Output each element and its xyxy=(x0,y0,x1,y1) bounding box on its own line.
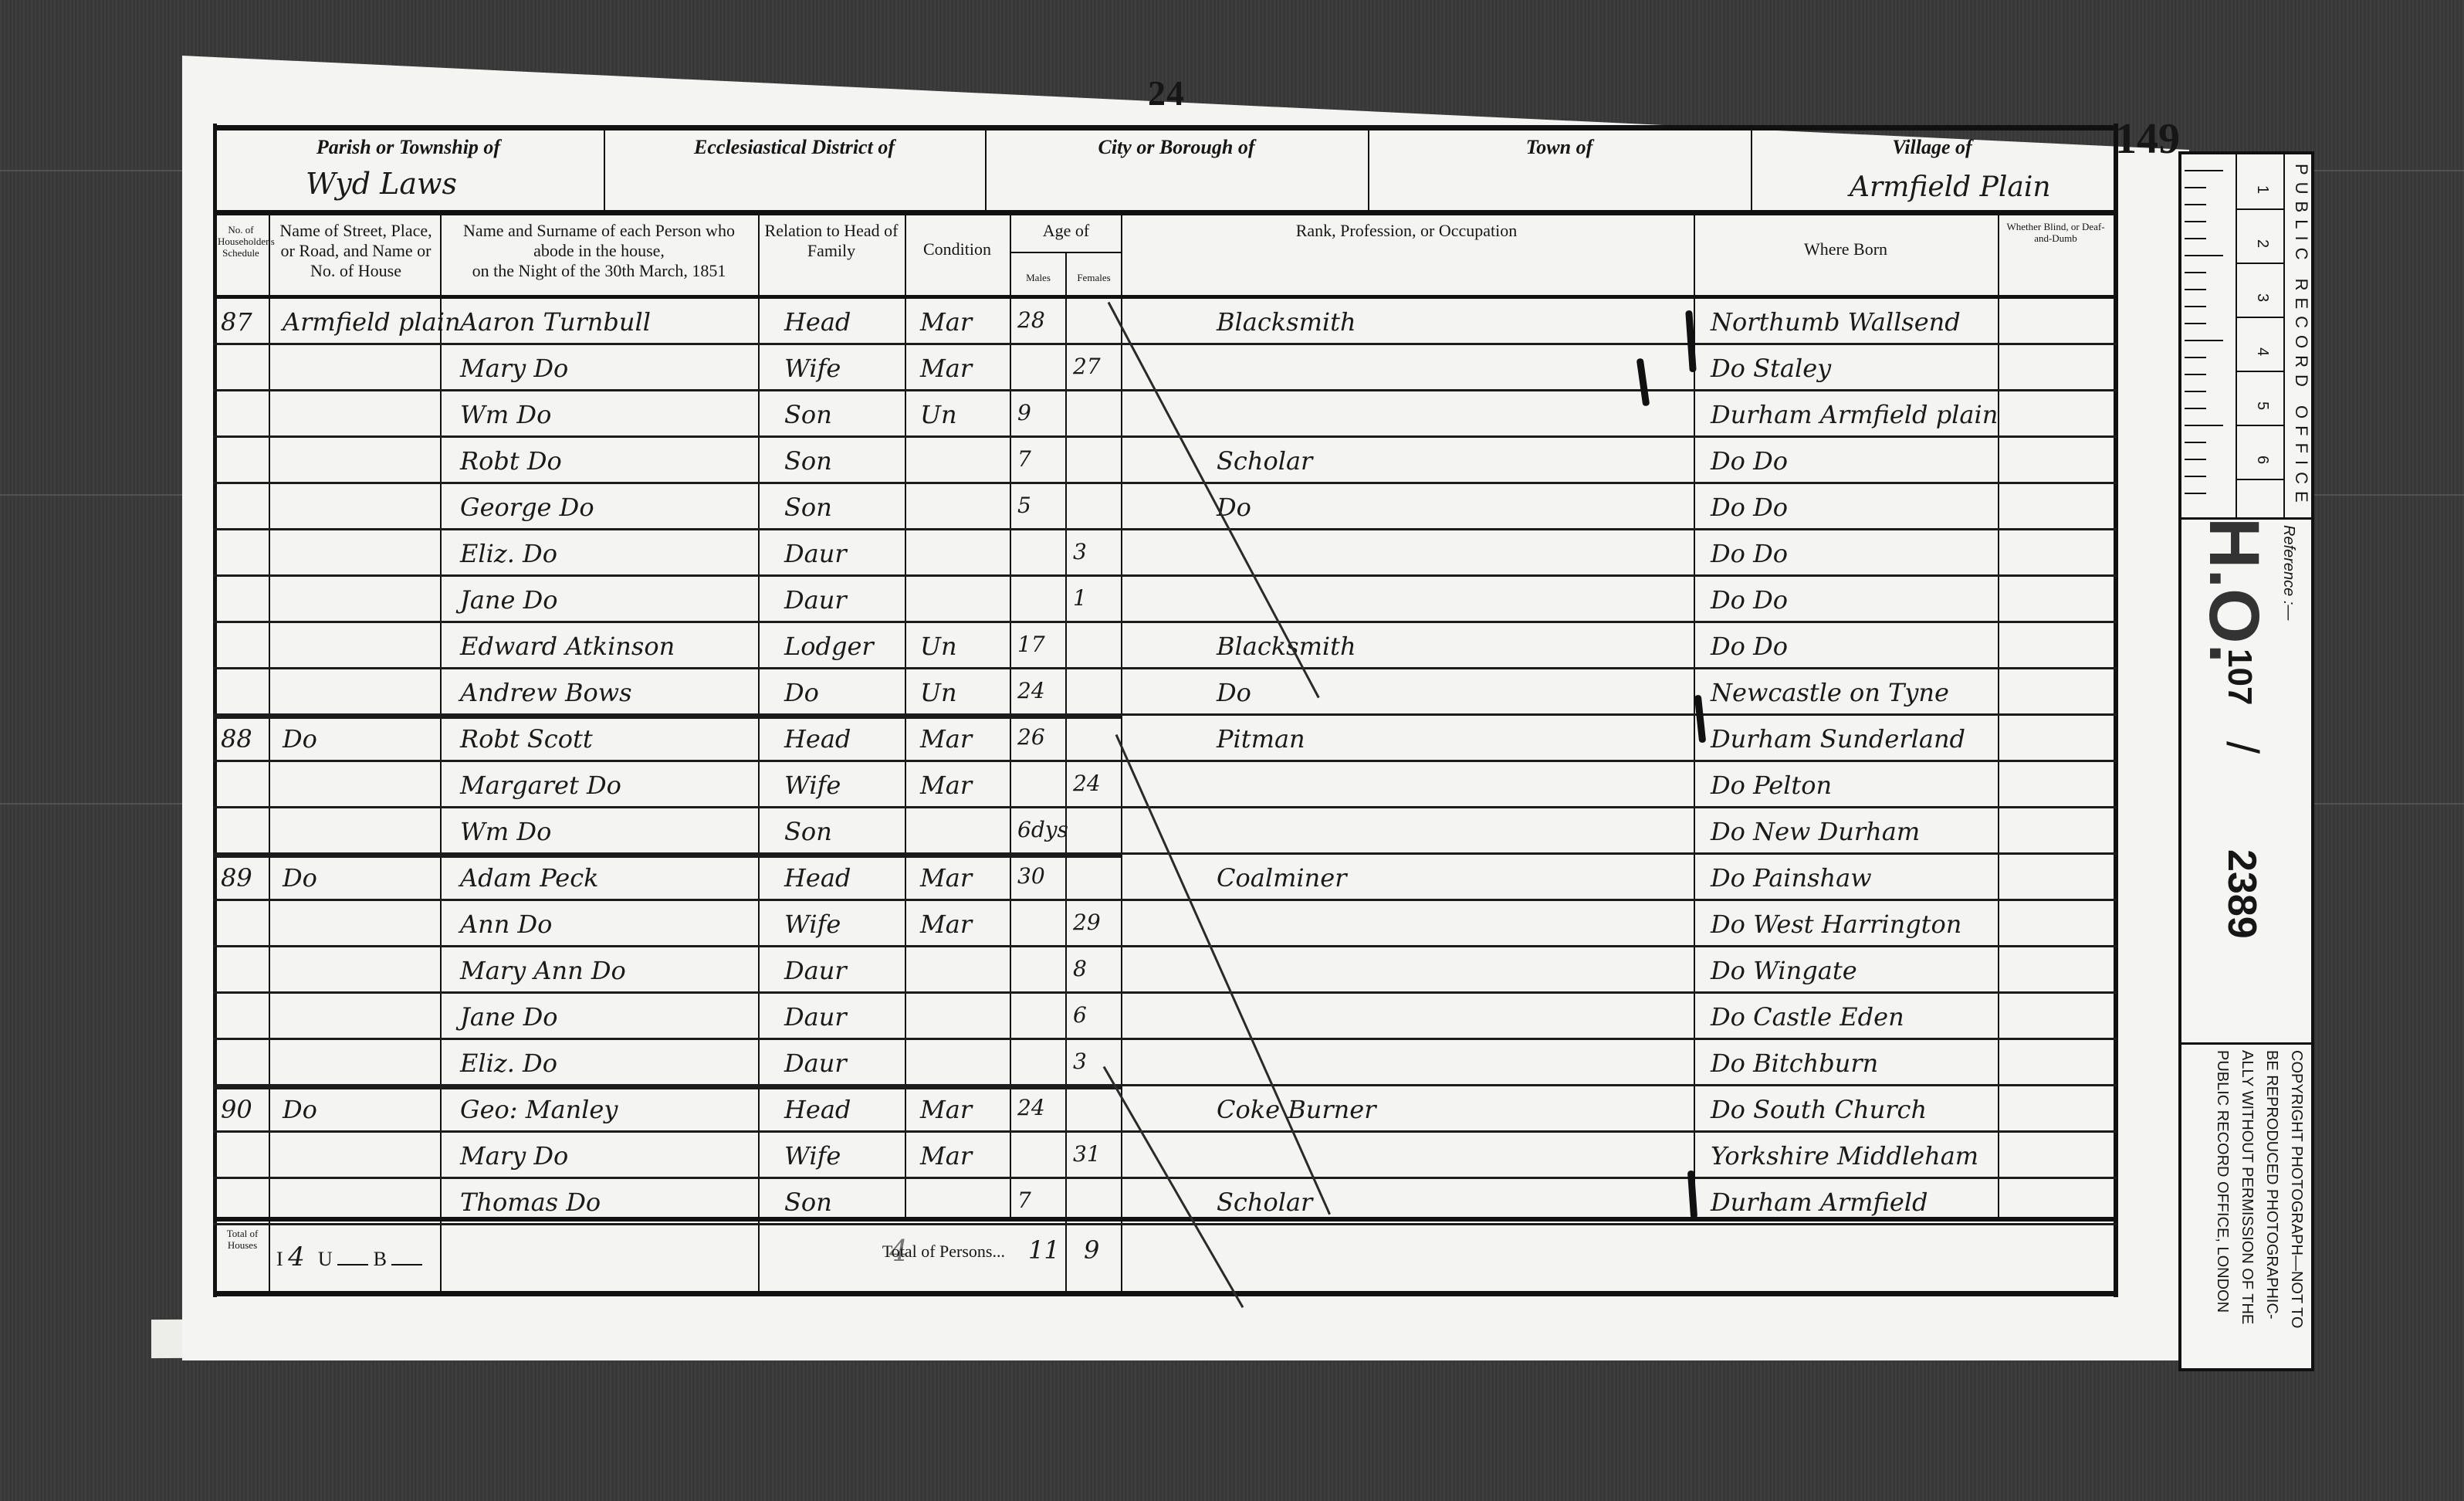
person-name: Eliz. Do xyxy=(460,1049,557,1078)
person-name: Adam Peck xyxy=(460,863,599,893)
relation: Head xyxy=(784,1095,851,1124)
female-age: 29 xyxy=(1073,910,1101,935)
relation: Son xyxy=(784,446,832,476)
table-row: 87Armfield plainAaron TurnbullHeadMar28B… xyxy=(213,301,2117,347)
male-age: 30 xyxy=(1017,863,1045,889)
copyright-line-3: ALLY WITHOUT PERMISSION OF THE xyxy=(2238,1050,2256,1324)
occupation: Scholar xyxy=(1217,1188,1312,1217)
male-age: 6dys xyxy=(1017,817,1068,842)
relation: Daur xyxy=(784,956,847,985)
reference-series: H.O. xyxy=(2193,517,2274,663)
table-row: Jane DoDaur6Do Castle Eden xyxy=(213,996,2117,1042)
page-number: 24 xyxy=(1148,73,1185,114)
table-row: Mary Ann DoDaur8Do Wingate xyxy=(213,950,2117,996)
ruler-tick xyxy=(2185,221,2206,222)
relation: Daur xyxy=(784,539,847,568)
person-name: Wm Do xyxy=(460,400,551,429)
relation: Son xyxy=(784,493,832,522)
ecclesiastical-label: Ecclesiastical District of xyxy=(604,136,985,159)
uninhabited-prefix: U xyxy=(318,1248,333,1270)
cm-scale: 123456 xyxy=(2236,154,2285,517)
birthplace: Do Staley xyxy=(1711,354,1831,383)
cm-label: 4 xyxy=(2253,347,2271,356)
condition: Mar xyxy=(920,1095,972,1124)
person-name: Mary Ann Do xyxy=(460,956,626,985)
table-row: George DoSon5DoDo Do xyxy=(213,486,2117,533)
age-subdivider xyxy=(1011,252,1121,253)
person-name: Jane Do xyxy=(460,585,558,615)
household-divider xyxy=(213,715,1121,719)
table-row: Wm DoSonUn9Durham Armfield plain xyxy=(213,394,2117,440)
schedule-number: 90 xyxy=(221,1095,252,1124)
relation: Wife xyxy=(784,354,841,383)
row-rule xyxy=(213,1130,2117,1133)
reference-slash: / xyxy=(2216,741,2268,754)
table-row: Eliz. DoDaur3Do Bitchburn xyxy=(213,1042,2117,1089)
female-age: 24 xyxy=(1073,771,1101,796)
birthplace: Do Do xyxy=(1711,539,1788,568)
parish-label: Parish or Township of xyxy=(213,136,604,159)
cm-label: 3 xyxy=(2253,293,2271,302)
table-row: 88DoRobt ScottHeadMar26PitmanDurham Sund… xyxy=(213,718,2117,764)
persons-total-label: Total of Persons... xyxy=(869,1242,1005,1262)
row-rule xyxy=(213,621,2117,623)
table-row: Robt DoSon7ScholarDo Do xyxy=(213,440,2117,486)
condition: Mar xyxy=(920,307,972,337)
birthplace: Do South Church xyxy=(1711,1095,1927,1124)
relation: Wife xyxy=(784,1141,841,1171)
male-age: 24 xyxy=(1017,1095,1045,1120)
male-age: 7 xyxy=(1017,1188,1031,1213)
relation: Daur xyxy=(784,1002,847,1032)
col-schedule: No. of Householder's Schedule xyxy=(218,224,264,259)
birthplace: Durham Armfield plain xyxy=(1711,400,1998,429)
ruler-tick xyxy=(2185,238,2206,239)
ruler-tick xyxy=(2185,187,2206,188)
row-rule xyxy=(213,899,2117,901)
household-divider xyxy=(213,854,1121,858)
occupation: Scholar xyxy=(1217,446,1312,476)
schedule-number: 89 xyxy=(221,863,252,893)
female-age: 8 xyxy=(1073,956,1087,981)
table-row: Edward AtkinsonLodgerUn17BlacksmithDo Do xyxy=(213,625,2117,672)
condition: Un xyxy=(920,632,957,661)
person-name: Andrew Bows xyxy=(460,678,632,707)
male-age: 24 xyxy=(1017,678,1045,703)
col-blind: Whether Blind, or Deaf-and-Dumb xyxy=(1999,221,2112,244)
ruler-tick xyxy=(2185,493,2206,494)
col-street: Name of Street, Place, or Road, and Name… xyxy=(273,221,438,281)
inhabited-count: 4 xyxy=(288,1242,305,1272)
birthplace: Do Bitchburn xyxy=(1711,1049,1878,1078)
table-row: 90DoGeo: ManleyHeadMar24Coke BurnerDo So… xyxy=(213,1089,2117,1135)
cm-division xyxy=(2237,263,2283,264)
table-row: Mary DoWifeMar27Do Staley xyxy=(213,347,2117,394)
cm-label: 1 xyxy=(2253,185,2271,194)
occupation: Coalminer xyxy=(1217,863,1346,893)
birthplace: Do New Durham xyxy=(1711,817,1920,846)
street-name: Do xyxy=(283,863,317,893)
relation: Head xyxy=(784,863,851,893)
ruler-tick xyxy=(2185,425,2223,426)
row-rule xyxy=(213,528,2117,530)
birthplace: Newcastle on Tyne xyxy=(1711,678,1949,707)
female-age: 31 xyxy=(1073,1141,1101,1167)
cm-division xyxy=(2237,317,2283,318)
relation: Daur xyxy=(784,1049,847,1078)
row-rule xyxy=(213,760,2117,762)
relation: Son xyxy=(784,1188,832,1217)
ruler-tick xyxy=(2185,272,2206,273)
row-rule xyxy=(213,389,2117,391)
row-rule xyxy=(213,482,2117,484)
condition: Mar xyxy=(920,910,972,939)
condition: Mar xyxy=(920,1141,972,1171)
birthplace: Do Pelton xyxy=(1711,771,1832,800)
cm-division xyxy=(2237,208,2283,210)
ruler-tick xyxy=(2185,357,2206,358)
person-name: Robt Do xyxy=(460,446,562,476)
female-age: 6 xyxy=(1073,1002,1087,1028)
record-office-strip: 123456 PUBLIC RECORD OFFICE Reference :—… xyxy=(2178,151,2314,1371)
cm-label: 6 xyxy=(2253,456,2271,464)
birthplace: Yorkshire Middleham xyxy=(1711,1141,1978,1171)
male-age: 26 xyxy=(1017,724,1045,750)
relation: Wife xyxy=(784,771,841,800)
copyright-line-2: BE REPRODUCED PHOTOGRAPHIC- xyxy=(2263,1050,2280,1320)
person-name: Geo: Manley xyxy=(460,1095,618,1124)
ruler-tick xyxy=(2185,340,2223,341)
cm-label: 2 xyxy=(2253,239,2271,248)
person-name: Wm Do xyxy=(460,817,551,846)
copyright-line-4: PUBLIC RECORD OFFICE, LONDON xyxy=(2213,1050,2231,1313)
ruler-tick xyxy=(2185,459,2206,460)
person-name: Margaret Do xyxy=(460,771,621,800)
person-name: Edward Atkinson xyxy=(460,632,675,661)
street-name: Armfield plain xyxy=(283,307,461,337)
condition: Mar xyxy=(920,724,972,754)
person-name: Eliz. Do xyxy=(460,539,557,568)
person-name: Thomas Do xyxy=(460,1188,601,1217)
folio-number: 149 xyxy=(2115,114,2180,164)
condition: Mar xyxy=(920,354,972,383)
table-row: Margaret DoWifeMar24Do Pelton xyxy=(213,764,2117,811)
table-row: Ann DoWifeMar29Do West Harrington xyxy=(213,903,2117,950)
header-divider xyxy=(213,210,2117,215)
ruler-ticks xyxy=(2185,170,2226,510)
ruler-tick xyxy=(2185,306,2206,307)
houses-total-label: Total of Houses xyxy=(216,1228,269,1251)
ruler-tick xyxy=(2185,170,2223,171)
table-row: 89DoAdam PeckHeadMar30CoalminerDo Painsh… xyxy=(213,857,2117,903)
table-row: Eliz. DoDaur3Do Do xyxy=(213,533,2117,579)
building-prefix: B xyxy=(374,1248,387,1270)
birthplace: Do Do xyxy=(1711,585,1788,615)
occupation: Blacksmith xyxy=(1217,307,1356,337)
census-table: Parish or Township of Wyd Laws Ecclesias… xyxy=(213,124,2117,1297)
relation: Son xyxy=(784,817,832,846)
ruler-tick xyxy=(2185,255,2223,256)
ruler-tick xyxy=(2185,476,2206,477)
reference-label: Reference :— xyxy=(2280,525,2297,620)
birthplace: Northumb Wallsend xyxy=(1711,307,1961,337)
birthplace: Do West Harrington xyxy=(1711,910,1961,939)
person-name: Mary Do xyxy=(460,354,568,383)
office-label: PUBLIC RECORD OFFICE xyxy=(2291,164,2311,510)
cm-division xyxy=(2237,425,2283,426)
male-age: 17 xyxy=(1017,632,1045,657)
copyright-notice: COPYRIGHT PHOTOGRAPH—NOT TO BE REPRODUCE… xyxy=(2181,1042,2311,1370)
ruler-tick xyxy=(2185,204,2206,205)
person-name: George Do xyxy=(460,493,594,522)
row-rule xyxy=(213,1177,2117,1179)
row-rule xyxy=(213,1038,2117,1040)
person-name: Aaron Turnbull xyxy=(460,307,651,337)
header-bottom-rule xyxy=(213,295,2117,299)
birthplace: Do Castle Eden xyxy=(1711,1002,1904,1032)
relation: Head xyxy=(784,307,851,337)
totals-rule xyxy=(213,1217,2117,1221)
schedule-number: 88 xyxy=(221,724,252,754)
birthplace: Durham Armfield xyxy=(1711,1188,1928,1217)
female-age: 27 xyxy=(1073,354,1101,379)
male-age: 28 xyxy=(1017,307,1045,333)
city-label: City or Borough of xyxy=(985,136,1368,159)
female-age: 3 xyxy=(1073,539,1087,564)
houses-total: I 4 U B xyxy=(276,1242,422,1272)
ruler-tick xyxy=(2185,289,2206,290)
person-name: Jane Do xyxy=(460,1002,558,1032)
table-row: Andrew BowsDoUn24DoNewcastle on Tyne xyxy=(213,672,2117,718)
top-border xyxy=(213,125,2117,130)
reference-box: Reference :— H.O. 107 / 2389 xyxy=(2181,517,2311,1045)
birthplace: Do Wingate xyxy=(1711,956,1857,985)
condition: Mar xyxy=(920,863,972,893)
col-condition: Condition xyxy=(906,239,1008,259)
col-relation: Relation to Head of Family xyxy=(760,221,903,261)
condition: Un xyxy=(920,678,957,707)
ruler-tick xyxy=(2185,442,2206,443)
town-label: Town of xyxy=(1368,136,1751,159)
birthplace: Durham Sunderland xyxy=(1711,724,1965,754)
col-name: Name and Surname of each Person who abod… xyxy=(442,221,756,281)
relation: Wife xyxy=(784,910,841,939)
bottom-border xyxy=(213,1291,2117,1296)
col-occupation: Rank, Profession, or Occupation xyxy=(1121,221,1692,241)
household-divider xyxy=(213,1086,1121,1089)
col-females: Females xyxy=(1067,272,1121,283)
birthplace: Do Painshaw xyxy=(1711,863,1872,893)
female-age: 3 xyxy=(1073,1049,1087,1074)
relation: Daur xyxy=(784,585,847,615)
street-name: Do xyxy=(283,1095,317,1124)
male-age: 7 xyxy=(1017,446,1031,472)
reference-folio: 2389 xyxy=(2219,849,2265,939)
birthplace: Do Do xyxy=(1711,446,1788,476)
female-age: 1 xyxy=(1073,585,1087,611)
ruler-tick xyxy=(2185,408,2206,409)
village-value: Armfield Plain xyxy=(1850,171,2051,203)
birthplace: Do Do xyxy=(1711,632,1788,661)
ruler-tick xyxy=(2185,323,2206,324)
male-age: 5 xyxy=(1017,493,1031,518)
reference-piece: 107 xyxy=(2220,649,2259,705)
table-row: Wm DoSon6dysDo New Durham xyxy=(213,811,2117,857)
occupation: Pitman xyxy=(1217,724,1305,754)
inhabited-prefix: I xyxy=(276,1248,283,1270)
person-name: Robt Scott xyxy=(460,724,593,754)
row-rule xyxy=(213,945,2117,947)
row-rule xyxy=(213,991,2117,994)
col-name-date: on the Night of the 30th March, 1851 xyxy=(472,261,726,280)
condition: Un xyxy=(920,400,957,429)
relation: Head xyxy=(784,724,851,754)
relation: Lodger xyxy=(784,632,874,661)
occupation: Coke Burner xyxy=(1217,1095,1376,1124)
ruler-tick xyxy=(2185,391,2206,392)
cm-label: 5 xyxy=(2253,402,2271,410)
ruler-tick xyxy=(2185,374,2206,375)
row-rule xyxy=(213,574,2117,577)
parish-value: Wyd Laws xyxy=(306,167,457,201)
condition: Mar xyxy=(920,771,972,800)
col-name-text: Name and Surname of each Person who abod… xyxy=(463,221,735,260)
row-rule xyxy=(213,435,2117,438)
females-total: 9 xyxy=(1084,1235,1099,1265)
row-rule xyxy=(213,806,2117,808)
row-rule xyxy=(213,667,2117,669)
schedule-number: 87 xyxy=(221,307,252,337)
row-rule xyxy=(213,1223,2117,1225)
birthplace: Do Do xyxy=(1711,493,1788,522)
occupation: Do xyxy=(1217,678,1251,707)
col-males: Males xyxy=(1011,272,1065,283)
males-total: 11 xyxy=(1028,1235,1060,1265)
copyright-line-1: COPYRIGHT PHOTOGRAPH—NOT TO xyxy=(2287,1050,2305,1328)
street-name: Do xyxy=(283,724,317,754)
table-row: Jane DoDaur1Do Do xyxy=(213,579,2117,625)
col-age: Age of xyxy=(1011,221,1121,241)
person-name: Mary Do xyxy=(460,1141,568,1171)
person-name: Ann Do xyxy=(460,910,552,939)
row-rule xyxy=(213,343,2117,345)
village-label: Village of xyxy=(1751,136,2114,159)
relation: Son xyxy=(784,400,832,429)
cm-division xyxy=(2237,479,2283,480)
cm-division xyxy=(2237,371,2283,372)
col-where-born: Where Born xyxy=(1695,239,1996,259)
male-age: 9 xyxy=(1017,400,1031,425)
relation: Do xyxy=(784,678,819,707)
measurement-ruler: 123456 PUBLIC RECORD OFFICE xyxy=(2181,154,2311,520)
